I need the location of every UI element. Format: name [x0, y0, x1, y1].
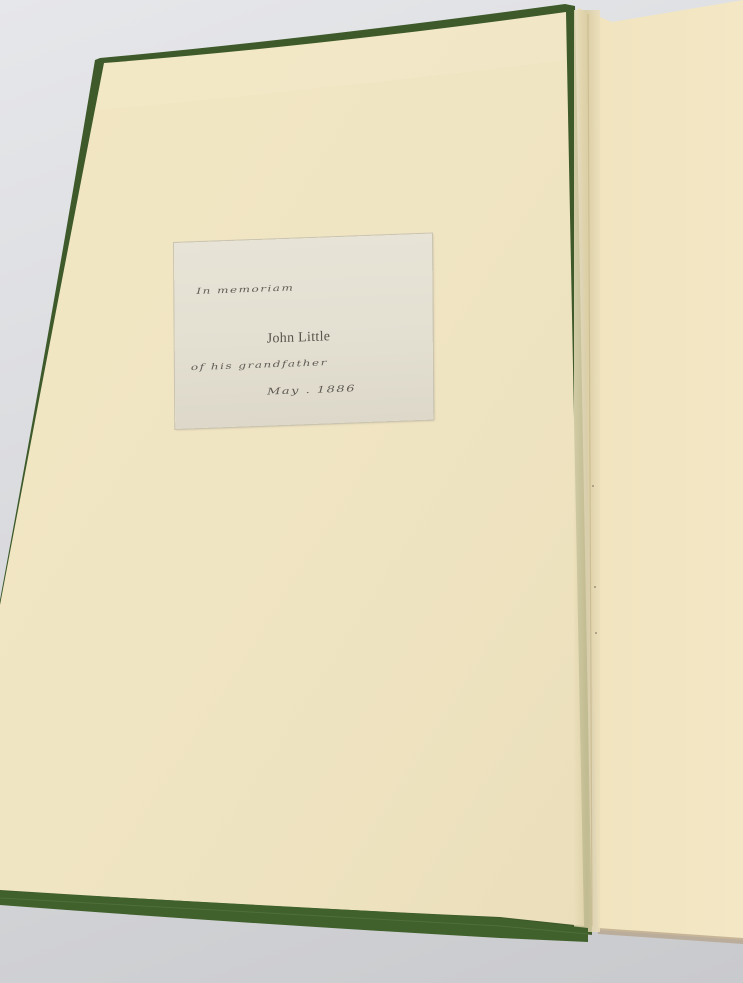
foxing-speck	[594, 586, 596, 588]
label-date: May . 1886	[267, 384, 356, 398]
label-dedication-line: In memoriam	[196, 283, 294, 296]
presentation-label: In memoriam John Little of his grandfath…	[174, 234, 433, 429]
label-recipient-name: John Little	[267, 329, 331, 347]
foxing-speck	[592, 485, 594, 487]
photo-scene: In memoriam John Little of his grandfath…	[0, 0, 743, 983]
label-from-line: of his grandfather	[191, 357, 328, 372]
foxing-speck	[595, 632, 597, 634]
open-book	[0, 0, 743, 983]
book-illustration	[0, 0, 743, 983]
